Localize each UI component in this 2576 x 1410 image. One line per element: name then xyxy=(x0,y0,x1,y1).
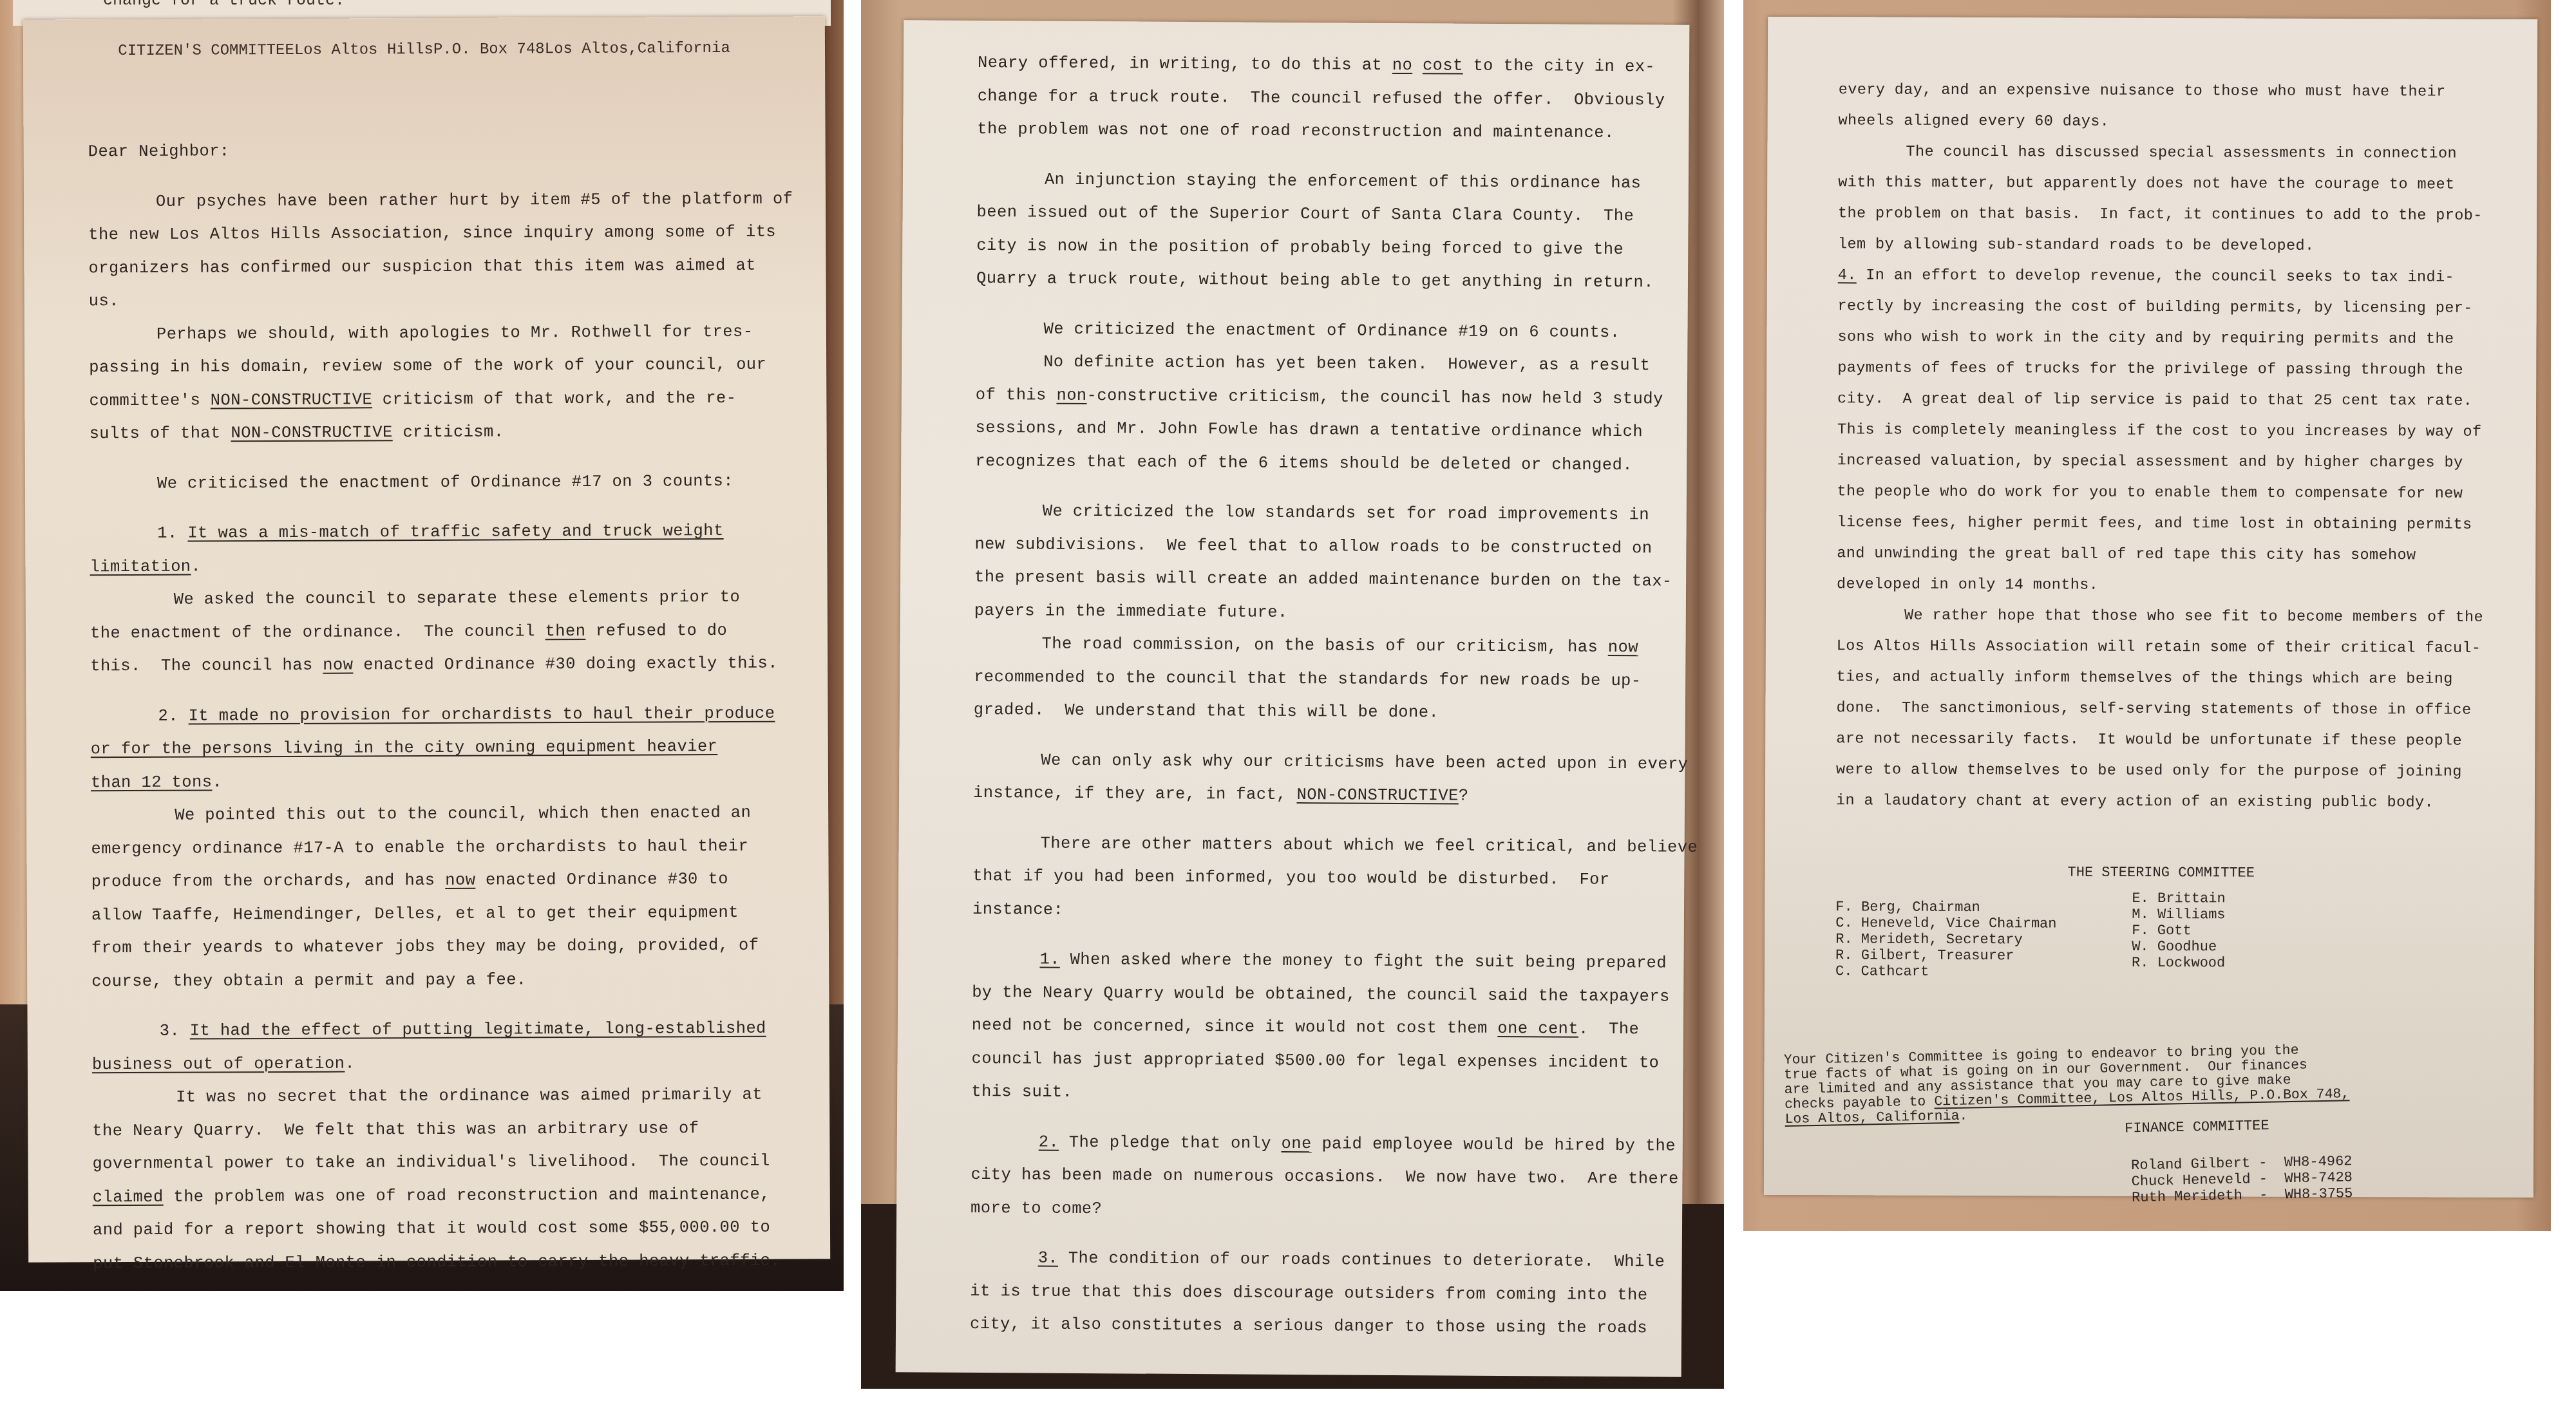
paragraph: 3. It had the effect of putting legitima… xyxy=(92,1011,797,1081)
text-line: 3. It had the effect of putting legitima… xyxy=(92,1011,797,1048)
text-line: wheels aligned every 60 days. xyxy=(1839,106,2485,139)
letter-page-1: CITIZEN'S COMMITTEELos Altos HillsP.O. B… xyxy=(23,16,830,1262)
text-line: 2. The pledge that only one paid employe… xyxy=(971,1125,1696,1162)
text-line: This is completely meaningless if the co… xyxy=(1837,415,2484,448)
paragraph: Our psyches have been rather hurt by ite… xyxy=(88,182,793,318)
letter-page-3: every day, and an expensive nuisance to … xyxy=(1764,17,2537,1198)
paragraph: We criticized the low standards set for … xyxy=(974,494,1700,632)
text-line: An injunction staying the enforcement of… xyxy=(977,162,1702,200)
text-line: Dear Neighbor: xyxy=(88,133,793,169)
text-line: The road commission, on the basis of our… xyxy=(974,627,1699,664)
text-line: city has been made on numerous occasions… xyxy=(971,1158,1696,1196)
text-line: We criticized the enactment of Ordinance… xyxy=(976,312,1701,349)
text-line: been issued out of the Superior Court of… xyxy=(976,196,1701,233)
text-line: payers in the immediate future. xyxy=(974,594,1700,631)
text-line: us. xyxy=(89,282,793,318)
text-line: 1. When asked where the money to fight t… xyxy=(972,943,1697,980)
text-line: 1. It was a mis-match of traffic safety … xyxy=(90,514,794,550)
paragraph: Neary offered, in writing, to do this at… xyxy=(977,46,1703,150)
text-line: and paid for a report showing that it wo… xyxy=(93,1210,797,1246)
text-line: CITIZEN'S COMMITTEE xyxy=(118,42,294,60)
text-line: were to allow themselves to be used only… xyxy=(1836,755,2483,788)
text-line: and unwinding the great ball of red tape… xyxy=(1837,538,2483,572)
text-line: Neary offered, in writing, to do this at… xyxy=(978,46,1703,84)
text-line: instance: xyxy=(972,892,1698,930)
text-line: rectly by increasing the cost of buildin… xyxy=(1838,291,2485,324)
text-line: sons who wish to work in the city and by… xyxy=(1837,322,2484,355)
finance-committee-title: FINANCE COMMITTEE xyxy=(2125,1118,2269,1136)
text-line: 4. In an effort to develop revenue, the … xyxy=(1838,260,2485,294)
paragraph: We can only ask why our criticisms have … xyxy=(973,743,1698,814)
text-line: of this non-constructive criticism, the … xyxy=(976,378,1701,415)
text-line: organizers has confirmed our suspicion t… xyxy=(88,249,793,285)
text-line: the present basis will create an added m… xyxy=(974,561,1700,598)
text-line: the enactment of the ordinance. The coun… xyxy=(90,614,795,650)
text-line: C. Cathcart xyxy=(1835,963,2056,980)
text-line: W. Goodhue xyxy=(2132,939,2225,955)
paragraph: 1. It was a mis-match of traffic safety … xyxy=(90,514,795,584)
text-line: by the Neary Quarry would be obtained, t… xyxy=(972,975,1697,1013)
text-line: We can only ask why our criticisms have … xyxy=(973,743,1698,780)
page-2-body: Neary offered, in writing, to do this at… xyxy=(970,46,1703,1345)
text-line: the Neary Quarry. We felt that this was … xyxy=(92,1111,797,1147)
text-line: increased valuation, by special assessme… xyxy=(1837,446,2484,479)
paragraph: every day, and an expensive nuisance to … xyxy=(1839,75,2485,139)
text-line: We criticized the low standards set for … xyxy=(975,494,1700,532)
text-line: F. Berg, Chairman xyxy=(1835,899,2056,916)
text-line: 2. It made no provision for orchardists … xyxy=(90,697,795,733)
paragraph: We criticised the enactment of Ordinance… xyxy=(90,464,794,500)
letter-page-2: Neary offered, in writing, to do this at… xyxy=(896,20,1690,1377)
paragraph: The road commission, on the basis of our… xyxy=(974,627,1700,731)
text-line: graded. We understand that this will be … xyxy=(974,693,1699,731)
page-photo-2: Neary offered, in writing, to do this at… xyxy=(861,0,1724,1389)
text-line: council has just appropriated $500.00 fo… xyxy=(971,1042,1696,1079)
paragraph: Perhaps we should, with apologies to Mr.… xyxy=(89,315,794,451)
text-line: committee's NON-CONSTRUCTIVE criticism o… xyxy=(89,381,793,417)
text-line: with this matter, but apparently does no… xyxy=(1838,167,2485,201)
paragraph: 4. In an effort to develop revenue, the … xyxy=(1837,260,2485,603)
text-line: the problem on that basis. In fact, it c… xyxy=(1838,198,2485,232)
text-line: license fees, higher permit fees, and ti… xyxy=(1837,507,2483,541)
text-line: Los Altos,California xyxy=(545,40,730,58)
finance-committee-members: Roland Gilbert - WH8-4962Chuck Heneveld … xyxy=(2131,1153,2353,1206)
text-line: governmental power to take an individual… xyxy=(92,1144,797,1180)
text-line: F. Gott xyxy=(2132,923,2225,939)
text-line: city, it also constitutes a serious dang… xyxy=(970,1308,1695,1345)
text-line: allow Taaffe, Heimendinger, Delles, et a… xyxy=(91,896,796,932)
text-line: or for the persons living in the city ow… xyxy=(91,730,795,766)
text-line: change for a truck route. The council re… xyxy=(978,79,1703,117)
text-line: lem by allowing sub-standard roads to be… xyxy=(1838,229,2485,263)
text-line: 3. The condition of our roads continues … xyxy=(971,1241,1696,1279)
text-line: sults of that NON-CONSTRUCTIVE criticism… xyxy=(89,415,793,451)
text-line: limitation. xyxy=(90,547,794,583)
paragraph: We pointed this out to the council, whic… xyxy=(91,796,797,999)
text-line: this suit. xyxy=(971,1075,1696,1113)
page-3-body: every day, and an expensive nuisance to … xyxy=(1836,75,2485,818)
text-line: this. The council has now enacted Ordina… xyxy=(90,647,795,683)
paragraph: 2. The pledge that only one paid employe… xyxy=(971,1125,1696,1228)
text-line: instance, if they are, in fact, NON-CONS… xyxy=(973,776,1698,814)
text-line: claimed the problem was one of road reco… xyxy=(93,1178,797,1214)
text-line: more to come? xyxy=(971,1191,1696,1228)
text-line: M. Williams xyxy=(2132,907,2225,923)
page-photo-3: every day, and an expensive nuisance to … xyxy=(1743,0,2551,1231)
finance-note: Your Citizen's Committee is going to end… xyxy=(1784,1042,2350,1127)
text-line: Quarry a truck route, without being able… xyxy=(976,262,1701,299)
text-line: done. The sanctimonious, self-serving st… xyxy=(1836,693,2483,726)
text-line: course, they obtain a permit and pay a f… xyxy=(91,962,796,998)
text-line: are not necessarily facts. It would be u… xyxy=(1836,724,2483,757)
paragraph: 3. The condition of our roads continues … xyxy=(970,1241,1696,1345)
text-line: E. Brittain xyxy=(2132,890,2225,907)
text-line: No definite action has yet been taken. H… xyxy=(976,345,1701,382)
text-line: We rather hope that those who see fit to… xyxy=(1837,600,2483,634)
text-line: R. Gilbert, Treasurer xyxy=(1835,947,2056,964)
text-line: every day, and an expensive nuisance to … xyxy=(1839,75,2485,108)
text-line: developed in only 14 months. xyxy=(1837,569,2483,603)
paragraph: We asked the council to separate these e… xyxy=(90,581,795,683)
text-line: recommended to the council that the stan… xyxy=(974,660,1699,697)
text-line: it is true that this does discourage out… xyxy=(970,1274,1695,1311)
text-line: R. Lockwood xyxy=(2132,955,2225,972)
text-line: the new Los Altos Hills Association, sin… xyxy=(88,216,793,252)
text-line: city is now in the position of probably … xyxy=(976,229,1701,266)
text-line: emergency ordinance #17-A to enable the … xyxy=(91,829,795,865)
text-line: We pointed this out to the council, whic… xyxy=(91,796,795,832)
text-line: the problem was not one of road reconstr… xyxy=(977,113,1702,150)
text-line: Perhaps we should, with apologies to Mr.… xyxy=(89,315,793,351)
text-line: from their yeards to whatever jobs they … xyxy=(91,929,796,965)
paragraph: The council has discussed special assess… xyxy=(1838,136,2485,263)
steering-committee-left-list: F. Berg, ChairmanC. Heneveld, Vice Chair… xyxy=(1835,899,2057,980)
text-line: R. Merideth, Secretary xyxy=(1835,931,2056,948)
text-line: new subdivisions. We feel that to allow … xyxy=(974,527,1700,565)
text-line: put Stonebrook and El Monte in condition… xyxy=(93,1244,797,1280)
text-line: The council has discussed special assess… xyxy=(1838,136,2485,170)
text-line: We criticised the enactment of Ordinance… xyxy=(90,464,794,500)
text-line: recognizes that each of the 6 items shou… xyxy=(975,444,1700,482)
text-line: in a laudatory chant at every action of … xyxy=(1836,785,2483,819)
paragraph: We criticized the enactment of Ordinance… xyxy=(976,312,1701,349)
paragraph: We rather hope that those who see fit to… xyxy=(1836,600,2483,819)
page-photo-1: change for a truck route. CITIZEN'S COMM… xyxy=(0,0,844,1291)
text-line: the people who do work for you to enable… xyxy=(1837,476,2484,510)
text-line: produce from the orchards, and has now e… xyxy=(91,863,796,899)
text-line: It was no secret that the ordinance was … xyxy=(92,1078,797,1114)
page-1-body: Dear Neighbor:Our psyches have been rath… xyxy=(88,133,798,1281)
steering-committee-title: THE STEERING COMMITTEE xyxy=(2068,865,2255,881)
text-line: Los Altos Hills Association will retain … xyxy=(1837,631,2483,664)
paragraph: It was no secret that the ordinance was … xyxy=(92,1078,798,1280)
underlying-sheet-text: change for a truck route. xyxy=(103,0,345,10)
paragraph: 1. When asked where the money to fight t… xyxy=(971,943,1697,1113)
letterhead: CITIZEN'S COMMITTEELos Altos HillsP.O. B… xyxy=(23,39,825,61)
paragraph: There are other matters about which we f… xyxy=(972,826,1698,930)
text-line: There are other matters about which we f… xyxy=(972,826,1698,863)
paragraph: No definite action has yet been taken. H… xyxy=(975,345,1701,482)
text-line: P.O. Box 748 xyxy=(433,41,545,59)
paragraph: Dear Neighbor: xyxy=(88,133,793,169)
text-line: passing in his domain, review some of th… xyxy=(89,348,793,384)
text-line: sessions, and Mr. John Fowle has drawn a… xyxy=(975,411,1700,449)
text-line: C. Heneveld, Vice Chairman xyxy=(1835,915,2056,932)
text-line: We asked the council to separate these e… xyxy=(90,581,795,617)
paragraph: 2. It made no provision for orchardists … xyxy=(90,697,795,799)
text-line: business out of operation. xyxy=(92,1045,797,1081)
paragraph: An injunction staying the enforcement of… xyxy=(976,162,1702,299)
steering-committee-right-list: E. BrittainM. WilliamsF. GottW. GoodhueR… xyxy=(2132,890,2226,972)
text-line: that if you had been informed, you too w… xyxy=(972,860,1698,897)
text-line: need not be concerned, since it would no… xyxy=(972,1009,1697,1046)
text-line: city. A great deal of lip service is pai… xyxy=(1837,384,2484,417)
text-line: Our psyches have been rather hurt by ite… xyxy=(88,182,793,218)
text-line: Los Altos Hills xyxy=(294,41,433,59)
text-line: payments of fees of trucks for the privi… xyxy=(1837,353,2484,386)
text-line: than 12 tons. xyxy=(91,763,795,799)
text-line: ties, and actually inform themselves of … xyxy=(1837,662,2483,695)
